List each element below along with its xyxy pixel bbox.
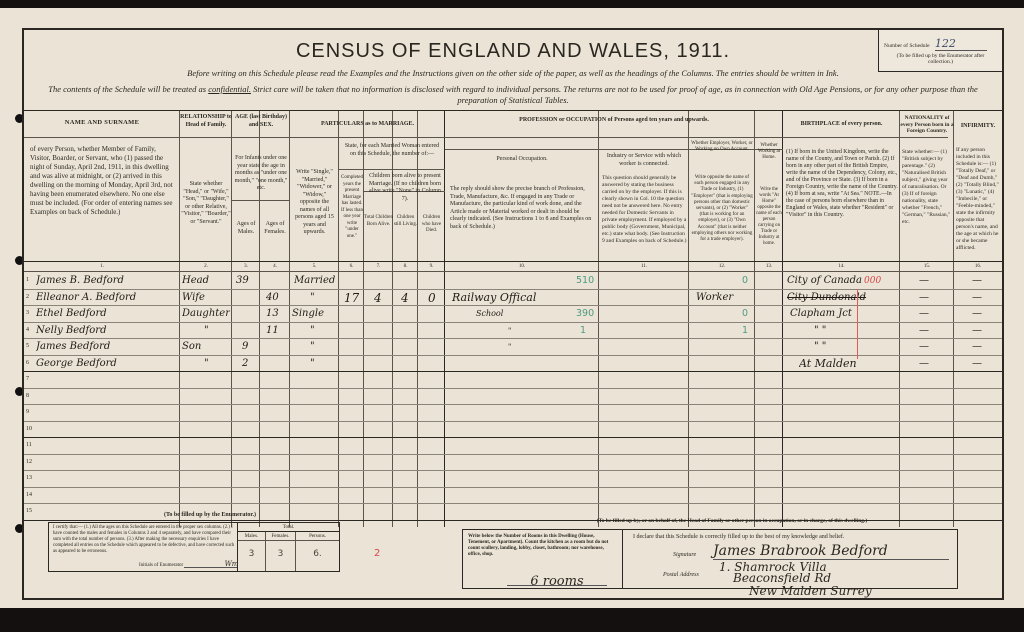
table-row: 2 Elleanor A. Bedford Wife 40 " 17 4 4 0…: [24, 290, 1002, 307]
relationship-cell: Head: [182, 273, 230, 289]
enumerator-box: I certify that:— (1.) All the ages on th…: [48, 522, 340, 572]
condition-cell: ": [310, 339, 315, 355]
relationship-cell: ": [204, 323, 209, 339]
red-annotation: 2: [374, 548, 380, 559]
occupation-cell: School: [476, 306, 503, 322]
name-cell: Elleanor A. Bedford: [36, 290, 180, 306]
age-male-cell: 9: [242, 339, 248, 355]
employer-code: 0: [742, 306, 748, 322]
table-row: 9: [24, 405, 1002, 422]
born-alive-cell: 4: [374, 290, 382, 306]
name-cell: Ethel Bedford: [36, 306, 180, 322]
signature: James Brabrook Bedford: [713, 543, 949, 560]
total-males: 3: [238, 541, 265, 567]
table-row: 13: [24, 471, 1002, 488]
condition-cell: ": [310, 323, 315, 339]
occupation-cell: ": [508, 323, 511, 339]
page-title: CENSUS OF ENGLAND AND WALES, 1911.: [24, 40, 1002, 63]
age-male-cell: 2: [242, 356, 248, 372]
certification-text: I certify that:— (1.) All the ages on th…: [53, 525, 237, 555]
birthplace-code: 000: [864, 273, 881, 289]
table-row: 4 Nelly Bedford " 11 " " 1 1 " " — —: [24, 323, 1002, 340]
name-cell: George Bedford: [36, 356, 180, 372]
total-persons: 6.: [296, 541, 339, 567]
condition-cell: Single: [292, 306, 338, 322]
birthplace-cell: City of Canada: [787, 273, 867, 289]
schedule-number: 122: [935, 37, 987, 51]
table-row: 11: [24, 438, 1002, 455]
still-living-cell: 4: [401, 290, 409, 306]
table-row: 5 James Bedford Son 9 " " " " — —: [24, 339, 1002, 356]
table-row: 6 George Bedford " 2 " At Malden — —: [24, 356, 1002, 373]
schedule-number-box: Number of Schedule 122 (To be filled up …: [878, 30, 1002, 72]
table-row: 12: [24, 455, 1002, 472]
census-table: NAME AND SURNAME of every Person, whethe…: [24, 110, 1002, 526]
relationship-cell: Wife: [182, 290, 230, 306]
household-box: Write below the Number of Rooms in this …: [462, 529, 958, 589]
table-row: 8: [24, 389, 1002, 406]
employer-cell: Worker: [696, 290, 751, 306]
name-cell: James B. Bedford: [36, 273, 180, 289]
table-row: 1 James B. Bedford Head 39 Married 510 0…: [24, 273, 1002, 290]
condition-cell: Married: [294, 273, 338, 289]
condition-cell: ": [310, 290, 315, 306]
birthplace-cell: " ": [814, 323, 826, 339]
name-cell: Nelly Bedford: [36, 323, 180, 339]
occupation-cell: Railway Offical: [452, 290, 592, 306]
declaration: I declare that this Schedule is correctl…: [633, 534, 844, 540]
birthplace-cell: " ": [814, 339, 826, 355]
instruction-line: Before writing on this Schedule please r…: [24, 68, 1002, 78]
table-row: 14: [24, 488, 1002, 505]
occupation-code: 390: [576, 306, 594, 322]
age-female-cell: 40: [266, 290, 290, 306]
employer-code: 0: [742, 273, 748, 289]
table-row: 7: [24, 372, 1002, 389]
birthplace-cell: Clapham Jct: [790, 306, 890, 322]
relationship-cell: Daughter: [182, 306, 230, 322]
birthplace-cell: At Malden: [799, 356, 899, 372]
census-schedule-sheet: CENSUS OF ENGLAND AND WALES, 1911. Befor…: [0, 8, 1024, 608]
table-row: 10: [24, 422, 1002, 439]
condition-cell: ": [310, 356, 315, 372]
total-females: 3: [266, 541, 295, 567]
occupation-code: 510: [576, 273, 594, 289]
relationship-cell: Son: [182, 339, 230, 355]
occupation-code: 1: [580, 323, 586, 339]
table-row: 3 Ethel Bedford Daughter 13 Single Schoo…: [24, 306, 1002, 323]
relationship-cell: ": [204, 356, 209, 372]
years-married-cell: 17: [344, 290, 359, 306]
employer-code: 1: [742, 323, 748, 339]
rooms-count: 6 rooms: [507, 579, 607, 586]
postal-address: 1. Shamrock Villa Beaconsfield Rd New Ma…: [719, 562, 872, 597]
household-section: (To be filled up by, or on behalf of, th…: [462, 518, 1002, 589]
enumerator-initials: Wm: [184, 561, 238, 568]
confidential-notice: The contents of the Schedule will be tre…: [36, 84, 990, 106]
age-male-cell: 39: [236, 273, 260, 289]
died-cell: 0: [428, 290, 436, 306]
enumerator-section: (To be filled up by the Enumerator.) I c…: [40, 512, 350, 572]
birthplace-cell: City Dundonald: [787, 290, 897, 306]
age-female-cell: 11: [266, 323, 290, 339]
totals-table: Total. Males. 3 Females. 3 Persons. 6.: [237, 523, 339, 571]
occupation-cell: ": [508, 339, 511, 355]
name-cell: James Bedford: [36, 339, 180, 355]
age-female-cell: 13: [266, 306, 290, 322]
rooms-box: Write below the Number of Rooms in this …: [463, 530, 623, 588]
red-check-line: [857, 289, 858, 359]
